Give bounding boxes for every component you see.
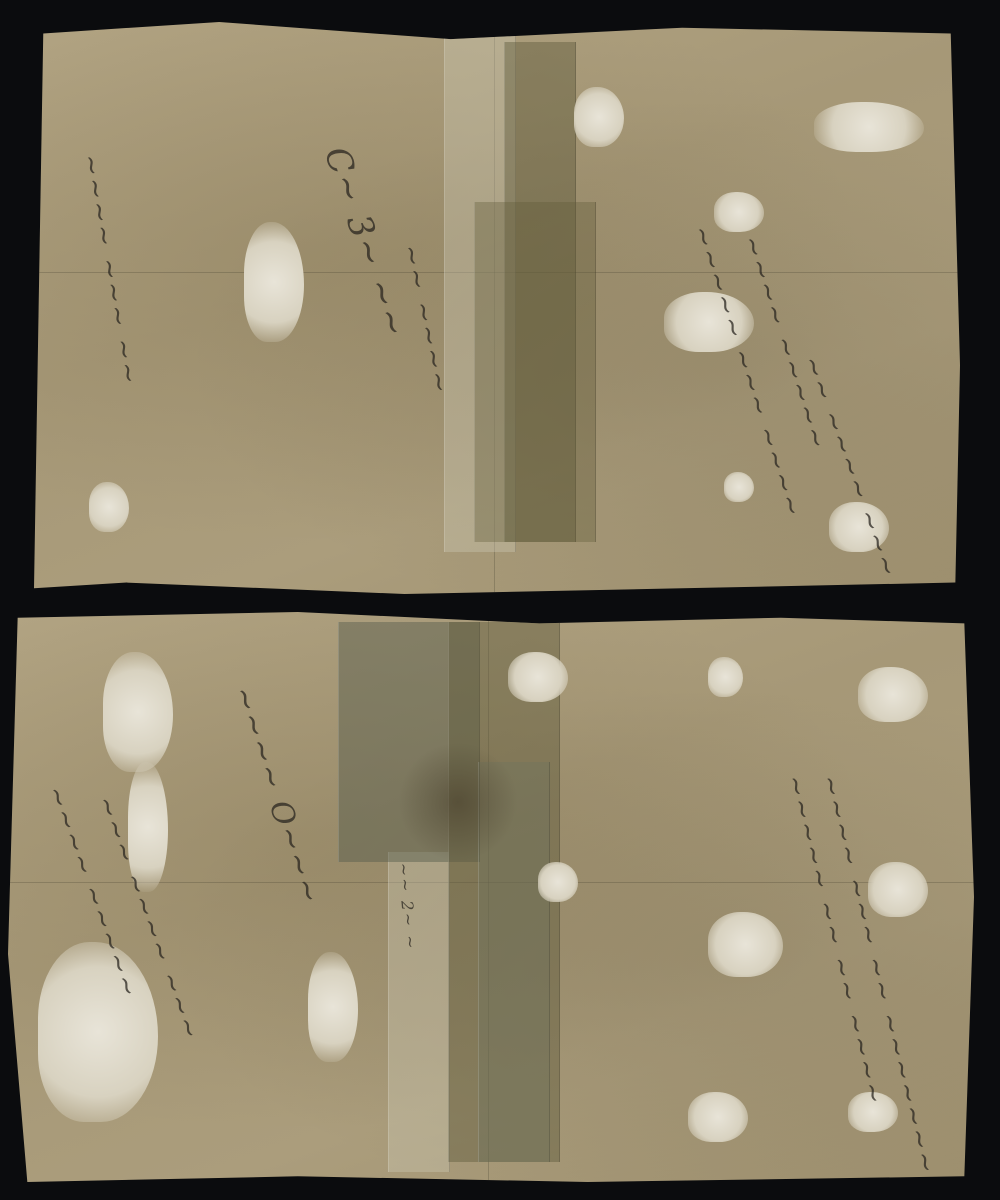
document-top: ~~~~ ~~~ ~~ C~ 3~ ~~ ~~ ~~~~ ~~~~~ ~~~ ~… <box>34 22 960 594</box>
paper-loss <box>858 667 928 722</box>
water-stain <box>398 742 518 862</box>
handwritten-inscription: C~ 3~ ~~ <box>316 142 416 344</box>
paper-loss <box>708 912 783 977</box>
repair-tape <box>474 202 596 542</box>
paper-loss <box>508 652 568 702</box>
paper-loss <box>308 952 358 1062</box>
paper-loss <box>714 192 764 232</box>
paper-loss <box>688 1092 748 1142</box>
paper-loss <box>574 87 624 147</box>
paper-loss <box>708 657 743 697</box>
paper-loss <box>89 482 129 532</box>
paper-loss <box>103 652 173 772</box>
paper-loss <box>814 102 924 152</box>
paper-loss <box>244 222 304 342</box>
document-bottom: ~~~~ ~~~~~ ~~~ ~~~~ ~~~ ~~~~ O~~~ ~~ 2~ … <box>8 612 974 1182</box>
handwritten-inscription: ~~~~ O~~~ <box>225 682 329 910</box>
paper-loss <box>724 472 754 502</box>
paper-loss <box>38 942 158 1122</box>
paper-loss <box>538 862 578 902</box>
handwritten-inscription: ~~~~ ~~~ ~~ <box>74 152 144 388</box>
